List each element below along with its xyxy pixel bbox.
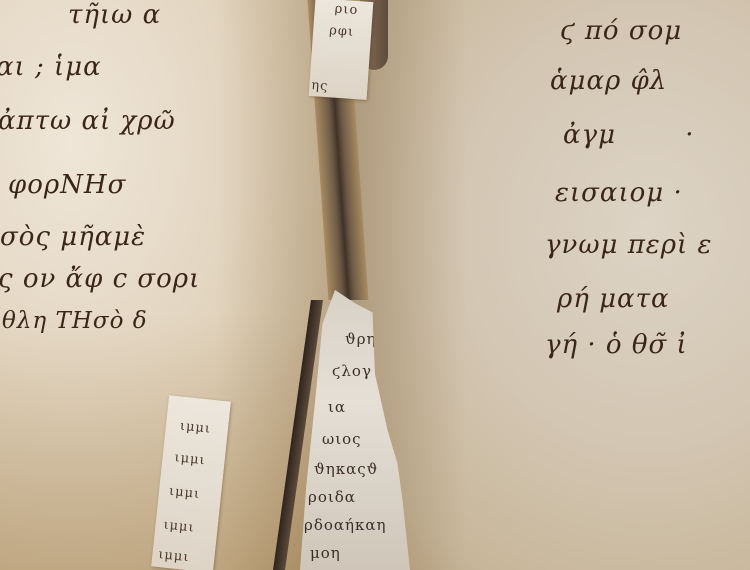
strip-top-line: ης [311, 78, 329, 94]
fragment-line: ωιος [322, 430, 362, 448]
right-line-5: γνωμ περὶ ε [545, 230, 712, 260]
binding-guard-strip-top: ριο ρφι ης [309, 0, 374, 100]
right-line-3: ἀγμ · ὁ [563, 120, 750, 150]
right-line-2: ἁμαρ φ̂λ [550, 66, 667, 96]
manuscript-photo: τῆιω α αι ; ἱμα ἀπτω αἰ χρῶ φορΝΗσ σὸς μ… [0, 0, 750, 570]
fragment-line: ια [328, 398, 346, 416]
strip-bottom-line: ιμμι [168, 484, 200, 502]
right-line-7: γή · ὁ θσ̃ ἰ [545, 330, 688, 360]
fragment-line: μοη [310, 544, 341, 562]
strip-top-line: ριο [334, 1, 359, 18]
fragment-line: ϑρη [345, 330, 377, 348]
left-line-1: τῆιω α [68, 0, 161, 30]
left-line-2: αι ; ἱμα [0, 52, 102, 82]
strip-bottom-line: ιμμι [174, 450, 206, 468]
right-line-4: εισαιομ · [555, 178, 683, 208]
right-line-1: ϛ πό σομ [560, 16, 682, 46]
left-line-6: ς ον ἄφ c σορι [0, 264, 200, 294]
right-line-6: ρή ματα [557, 284, 670, 314]
fragment-line: ϛλογ [332, 362, 372, 380]
strip-top-line: ρφι [329, 23, 355, 40]
left-line-5: σὸς μῆαμὲ [0, 222, 146, 252]
fragment-line: ρδοαήκαη [304, 516, 387, 534]
strip-bottom-line: ιμμι [163, 517, 195, 535]
right-folio: ϛ πό σομ ἁμαρ φ̂λ ἀγμ · ὁ εισαιομ · γνωμ… [345, 0, 750, 570]
strip-bottom-line: ιμμι [158, 547, 190, 565]
left-line-4: φορΝΗσ [8, 170, 126, 200]
fragment-line: ροιδα [308, 488, 356, 506]
fragment-line: ϑηκαςϑ [314, 460, 378, 478]
strip-bottom-line: ιμμι [179, 419, 211, 437]
left-line-3: ἀπτω αἰ χρῶ [0, 106, 176, 136]
left-line-7: θλη ΤΗσὸ δ [2, 308, 148, 334]
